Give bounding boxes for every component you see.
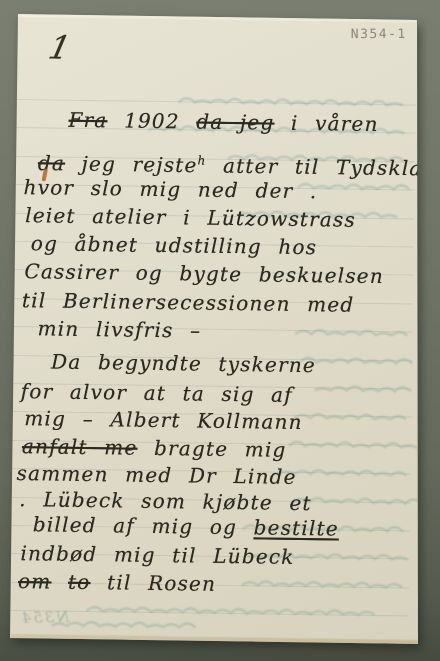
handwriting-line: sammen med Dr Linde [16, 460, 296, 490]
handwriting-line: Cassirer og bygte beskuelsen [24, 258, 384, 289]
word: hvor slo mig ned der . [23, 175, 317, 203]
word: min livsfris – [37, 316, 201, 342]
bleedthrough-line [179, 98, 403, 105]
bleedthrough-line [51, 622, 195, 628]
word: billed af mig og [33, 512, 254, 539]
handwriting-line: til Berlinersecessionen med [22, 287, 355, 318]
archive-label: N354-1 [351, 27, 407, 42]
bleedthrough-line [315, 386, 411, 391]
bleedthrough-line [289, 442, 417, 448]
word: Da begyndte tyskerne [51, 349, 316, 377]
word: til Berlinersecessionen med [22, 288, 355, 317]
manuscript-paper: 1 N354-1 Fra 1902 da jeg i vårenda jeg r… [0, 0, 440, 661]
handwriting-line: indbød mig til Lübeck [20, 540, 294, 570]
word: for alvor at ta sig af [21, 379, 293, 407]
handwriting-line: mig – Albert Kollmann [24, 405, 303, 435]
struck-word: Fra [68, 108, 107, 133]
photo-background: { "photo": { "background_color": "#6f736… [0, 0, 440, 661]
word: til Rosen [90, 570, 216, 596]
bleedthrough-line [293, 498, 421, 504]
handwriting-line: om to til Rosen [18, 568, 216, 597]
struck-word: anfalt me [22, 434, 138, 460]
handwriting: Fra 1902 da jeg i vårenda jeg rejsteh at… [0, 0, 440, 6]
handwriting-line: Da begyndte tyskerne [51, 348, 316, 378]
struck-word: da jeg [196, 110, 274, 135]
bleedthrough-line [294, 414, 406, 420]
manuscript-paper-wrap: 1 N354-1 Fra 1902 da jeg i vårenda jeg r… [0, 0, 440, 661]
bleedthrough-label-mirrored: N354 [19, 608, 69, 627]
bleedthrough-line [300, 358, 412, 364]
struck-word: om [18, 569, 52, 593]
word: indbød mig til Lübeck [20, 541, 294, 569]
handwriting-line: Fra 1902 da jeg i våren [68, 107, 378, 137]
word: bragte mig [137, 436, 286, 462]
bleedthrough-line [242, 581, 402, 587]
word: Cassirer og bygte beskuelsen [24, 259, 384, 288]
word: jeg rejste [65, 151, 198, 177]
word: sammen med Dr Linde [16, 461, 296, 489]
sheet-content: 1 N354-1 Fra 1902 da jeg i vårenda jeg r… [0, 0, 440, 661]
handwriting-line: leiet atelier i Lützowstrass [25, 202, 356, 233]
handwriting-line: min livsfris – [37, 315, 201, 343]
handwriting-line: billed af mig og bestilte [33, 511, 339, 541]
bleedthrough-line [296, 330, 408, 336]
word: mig – Albert Kollmann [24, 406, 303, 434]
struck-word: to [68, 570, 91, 594]
bleedthrough-line [279, 470, 407, 476]
word: h [198, 154, 207, 168]
word: 1902 [107, 108, 196, 133]
word: leiet atelier i Lützowstrass [25, 203, 356, 232]
word [51, 570, 68, 594]
ruled-lines [0, 0, 440, 6]
underlined-word: bestilte [253, 515, 339, 540]
struck-word: da [38, 151, 65, 175]
bleedthrough-line [87, 607, 375, 615]
handwriting-line: og åbnet udstilling hos [31, 230, 318, 260]
word: i våren [274, 111, 379, 136]
word: og åbnet udstilling hos [31, 231, 318, 259]
handwriting-line: hvor slo mig ned der . [23, 174, 317, 204]
handwriting-line: anfalt me bragte mig [22, 433, 287, 463]
handwriting-line: for alvor at ta sig af [21, 378, 293, 408]
